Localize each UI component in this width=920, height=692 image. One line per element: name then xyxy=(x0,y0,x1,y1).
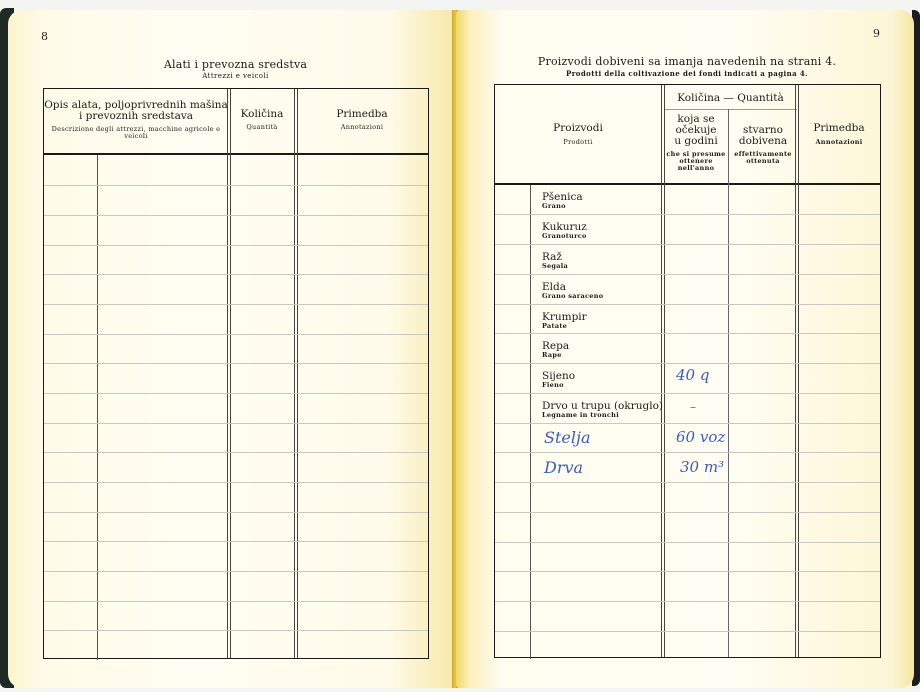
row-line xyxy=(495,244,880,245)
handwritten-quantity: 40 q xyxy=(676,366,709,384)
subtitle-text: Attrezzi e veicoli xyxy=(43,72,428,80)
row-line xyxy=(495,423,880,424)
row-line xyxy=(44,185,428,186)
handwritten-quantity: 60 voz xyxy=(676,428,725,446)
header-label: Primedba xyxy=(297,109,427,120)
header-sublabel: Prodotti xyxy=(495,139,661,146)
row-line xyxy=(44,541,428,542)
header-sublabel: Annotazioni xyxy=(798,139,880,146)
product-subname: Grano xyxy=(542,203,583,210)
left-page-title: Alati i prevozna sredstva Attrezzi e vei… xyxy=(43,58,428,80)
column-divider xyxy=(97,155,98,660)
header-divider xyxy=(44,153,428,155)
row-line xyxy=(495,393,880,394)
product-row: Sijeno Fieno xyxy=(542,371,575,389)
row-line xyxy=(44,304,428,305)
row-line xyxy=(495,304,880,305)
row-line xyxy=(495,601,880,602)
header-sublabel: Descrizione degli attrezzi, macchine agr… xyxy=(44,126,228,140)
header-sublabel: Annotazioni xyxy=(297,124,427,131)
row-line xyxy=(44,334,428,335)
header-quantity-group: Količina — Quantità xyxy=(664,93,797,104)
title-text: Alati i prevozna sredstva xyxy=(43,58,428,71)
column-divider xyxy=(227,89,231,658)
header-divider xyxy=(495,183,880,185)
row-line xyxy=(44,571,428,572)
row-line xyxy=(495,571,880,572)
header-expected: koja se očekuje u godini che si presume … xyxy=(664,114,728,171)
tools-table: Opis alata, poljoprivrednih mašina i pre… xyxy=(43,88,429,659)
product-subname: Grano saraceno xyxy=(542,293,603,300)
header-label: Opis alata, poljoprivrednih mašina i pre… xyxy=(44,100,228,122)
handwritten-product: Drva xyxy=(544,458,583,477)
product-row: Pšenica Grano xyxy=(542,192,583,210)
header-description: Opis alata, poljoprivrednih mašina i pre… xyxy=(44,100,228,140)
row-line xyxy=(44,630,428,631)
row-line xyxy=(495,214,880,215)
header-actual: stvarno dobivena effettivamente ottenuta xyxy=(730,125,796,165)
column-divider xyxy=(530,185,531,659)
product-row: Repa Rape xyxy=(542,341,569,359)
subtitle-text: Prodotti della coltivazione dei fondi in… xyxy=(494,69,880,78)
row-line xyxy=(44,512,428,513)
row-line xyxy=(495,631,880,632)
product-row: Kukuruz Granoturco xyxy=(542,222,587,240)
handwritten-quantity: 30 m³ xyxy=(680,458,724,476)
header-label: Primedba xyxy=(798,123,880,134)
header-sublabel: che si presume ottenere nell'anno xyxy=(664,151,728,171)
row-line xyxy=(44,482,428,483)
row-line xyxy=(44,423,428,424)
page-number-left: 8 xyxy=(41,30,48,43)
row-line xyxy=(44,245,428,246)
product-row: Raž Segala xyxy=(542,252,568,270)
row-line xyxy=(495,333,880,334)
header-notes: Primedba Annotazioni xyxy=(297,109,427,131)
product-subname: Fieno xyxy=(542,382,575,389)
header-products: Proizvodi Prodotti xyxy=(495,123,661,146)
header-label: koja se očekuje u godini xyxy=(664,114,728,147)
right-page-title: Proizvodi dobiveni sa imanja navedenih n… xyxy=(494,55,880,78)
product-row: Elda Grano saraceno xyxy=(542,282,603,300)
handwritten-product: Stelja xyxy=(544,428,590,447)
header-quantity: Količina Quantità xyxy=(230,109,294,131)
product-subname: Rape xyxy=(542,352,569,359)
header-sublabel: effettivamente ottenuta xyxy=(730,151,796,165)
header-notes: Primedba Annotazioni xyxy=(798,123,880,146)
row-line xyxy=(495,452,880,453)
column-divider xyxy=(294,89,298,658)
page-number-right: 9 xyxy=(873,27,880,40)
product-subname: Patate xyxy=(542,323,587,330)
product-row: Krumpir Patate xyxy=(542,312,587,330)
row-line xyxy=(495,542,880,543)
row-line xyxy=(44,363,428,364)
group-header-divider xyxy=(664,109,797,110)
title-text: Proizvodi dobiveni sa imanja navedenih n… xyxy=(494,55,880,68)
row-line xyxy=(495,512,880,513)
product-subname: Granoturco xyxy=(542,233,587,240)
header-label: stvarno dobivena xyxy=(730,125,796,147)
row-line xyxy=(44,601,428,602)
row-line xyxy=(495,482,880,483)
row-line xyxy=(495,274,880,275)
product-subname: Segala xyxy=(542,263,568,270)
header-label: Proizvodi xyxy=(495,123,661,134)
product-row: Drvo u trupu (okruglo) Legname in tronch… xyxy=(542,401,663,419)
row-line xyxy=(44,215,428,216)
header-sublabel: Quantità xyxy=(230,124,294,131)
row-line xyxy=(495,363,880,364)
row-line xyxy=(44,452,428,453)
row-line xyxy=(44,274,428,275)
product-subname: Legname in tronchi xyxy=(542,412,663,419)
handwritten-quantity: – xyxy=(690,400,696,414)
header-label: Količina xyxy=(230,109,294,120)
column-divider xyxy=(728,109,729,657)
row-line xyxy=(44,393,428,394)
